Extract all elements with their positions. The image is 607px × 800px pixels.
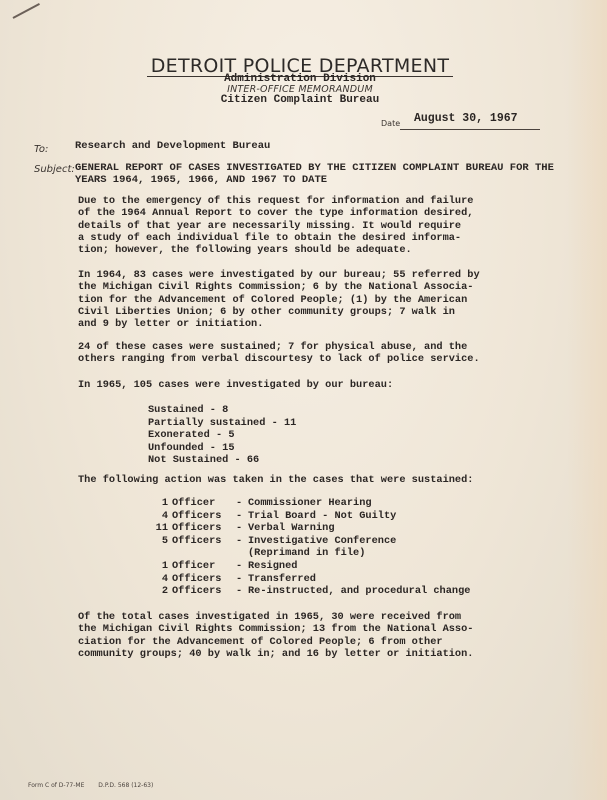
form-id: Form C of D-77-ME	[28, 782, 84, 789]
action-count: 1	[146, 560, 172, 573]
action-unit: Officers	[172, 585, 236, 598]
action-description: Re-instructed, and procedural change	[248, 585, 470, 598]
bureau-name: Citizen Complaint Bureau	[130, 95, 470, 106]
paragraph-actions-intro: The following action was taken in the ca…	[78, 474, 583, 486]
dpd-code: D.P.D. 568 (12-63)	[98, 782, 153, 789]
to-label: To:	[34, 144, 48, 155]
letterhead: DETROIT POLICE DEPARTMENT Administration…	[130, 56, 470, 106]
action-separator: -	[236, 510, 248, 523]
list-item: 5 Officers - Investigative Conference (R…	[146, 535, 470, 560]
memo-page: DETROIT POLICE DEPARTMENT Administration…	[0, 0, 607, 800]
action-count: 4	[146, 510, 172, 523]
paragraph-1965-intro: In 1965, 105 cases were investigated by …	[78, 379, 583, 391]
subject-value: GENERAL REPORT OF CASES INVESTIGATED BY …	[75, 162, 555, 186]
list-item: 11 Officers - Verbal Warning	[146, 522, 470, 535]
staple-mark	[13, 3, 40, 19]
date-label: Date	[381, 119, 400, 128]
action-count: 1	[146, 497, 172, 510]
form-footer: Form C of D-77-ME D.P.D. 568 (12-63)	[28, 782, 165, 789]
action-description: Trial Board - Not Guilty	[248, 510, 396, 523]
action-description: Transferred	[248, 573, 316, 586]
action-description: Verbal Warning	[248, 522, 335, 535]
list-item: 1 Officer - Resigned	[146, 560, 470, 573]
action-unit: Officer	[172, 560, 236, 573]
action-unit: Officers	[172, 573, 236, 586]
list-item: 2 Officers - Re-instructed, and procedur…	[146, 585, 470, 598]
action-separator: -	[236, 573, 248, 586]
action-separator: -	[236, 535, 248, 560]
action-separator: -	[236, 585, 248, 598]
list-item: Sustained - 8	[148, 404, 296, 417]
paragraph-intro: Due to the emergency of this request for…	[78, 195, 583, 256]
to-value: Research and Development Bureau	[75, 140, 270, 152]
action-count: 4	[146, 573, 172, 586]
subject-label: Subject:	[34, 164, 75, 175]
list-item: Unfounded - 15	[148, 442, 296, 455]
action-count: 5	[146, 535, 172, 560]
list-item: Not Sustained - 66	[148, 454, 296, 467]
action-description: Investigative Conference (Reprimand in f…	[248, 535, 396, 560]
paragraph-1964-cases: In 1964, 83 cases were investigated by o…	[78, 269, 583, 330]
list-item: 4 Officers - Trial Board - Not Guilty	[146, 510, 470, 523]
date-value: August 30, 1967	[414, 112, 518, 125]
date-underline	[400, 129, 540, 130]
action-separator: -	[236, 497, 248, 510]
action-count: 11	[146, 522, 172, 535]
action-description: Resigned	[248, 560, 297, 573]
action-unit: Officers	[172, 510, 236, 523]
paragraph-1965-sources: Of the total cases investigated in 1965,…	[78, 611, 583, 660]
action-unit: Officer	[172, 497, 236, 510]
list-item: Exonerated - 5	[148, 429, 296, 442]
action-unit: Officers	[172, 535, 236, 560]
action-unit: Officers	[172, 522, 236, 535]
list-item: Partially sustained - 11	[148, 417, 296, 430]
action-separator: -	[236, 522, 248, 535]
actions-list: 1 Officer - Commissioner Hearing 4 Offic…	[146, 497, 470, 598]
action-description: Commissioner Hearing	[248, 497, 372, 510]
action-separator: -	[236, 560, 248, 573]
date-field: Date August 30, 1967	[381, 112, 559, 130]
outcomes-1965-list: Sustained - 8 Partially sustained - 11 E…	[148, 404, 296, 467]
list-item: 1 Officer - Commissioner Hearing	[146, 497, 470, 510]
paragraph-1964-sustained: 24 of these cases were sustained; 7 for …	[78, 341, 583, 366]
list-item: 4 Officers - Transferred	[146, 573, 470, 586]
action-count: 2	[146, 585, 172, 598]
